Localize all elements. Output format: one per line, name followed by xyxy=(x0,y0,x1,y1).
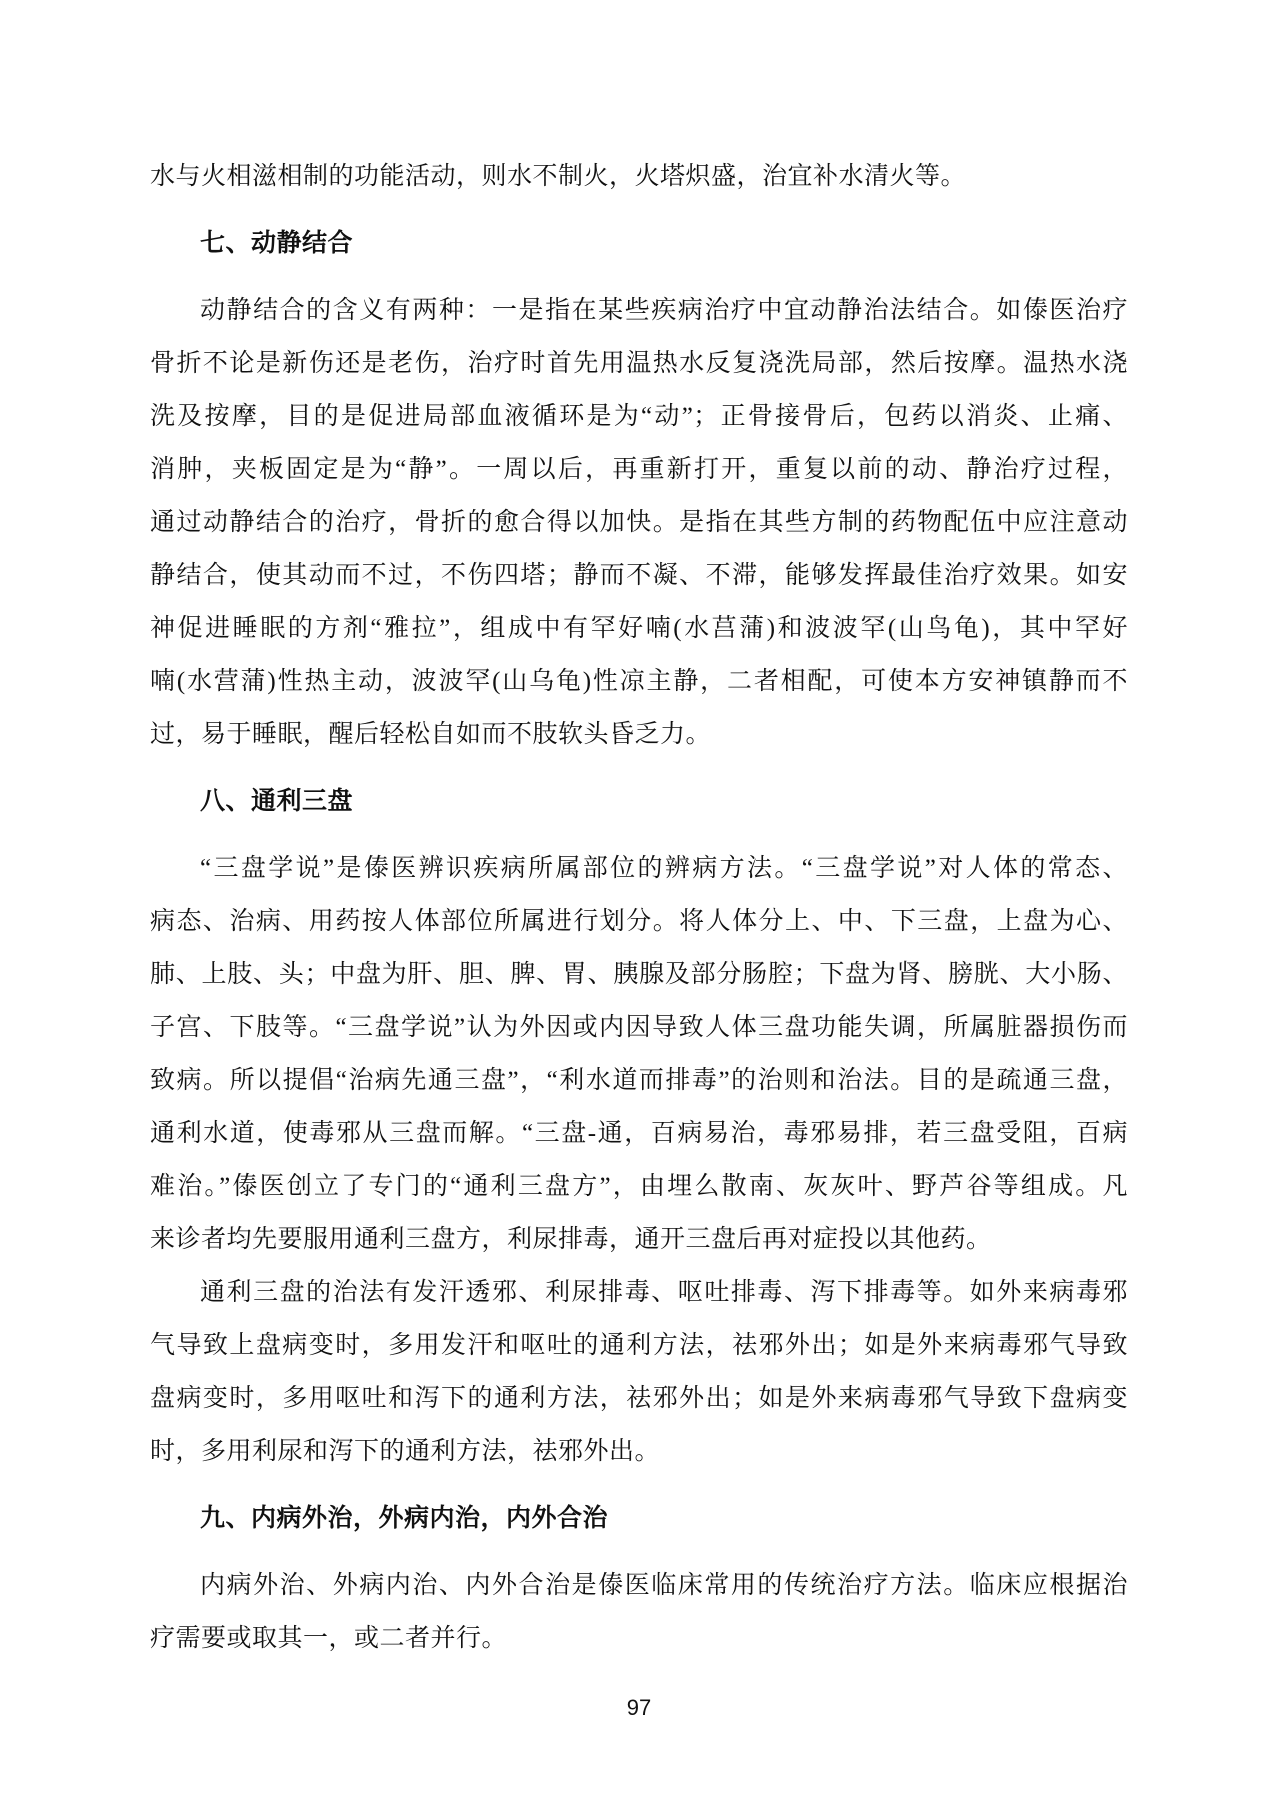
paragraph-neiwai-treatment: 内病外治、外病内治、内外合治是傣医临床常用的传统治疗方法。临床应根据治 疗需要或… xyxy=(150,1559,1128,1665)
text-line: 通过动静结合的治疗，骨折的愈合得以加快。是指在其些方制的药物配伍中应注意动 xyxy=(150,496,1128,549)
paragraph-dongjing: 动静结合的含义有两种：一是指在某些疾病治疗中宜动静治法结合。如傣医治疗 骨折不论… xyxy=(150,284,1128,761)
text-line: 消肿，夹板固定是为“静”。一周以后，再重新打开，重复以前的动、静治疗过程， xyxy=(150,443,1128,496)
text-line: 时，多用利尿和泻下的通利方法，祛邪外出。 xyxy=(150,1425,1128,1478)
text-line: 难治。”傣医创立了专门的“通利三盘方”，由埋么散南、灰灰叶、野芦谷等组成。凡 xyxy=(150,1160,1128,1213)
text-line: 来诊者均先要服用通利三盘方，利尿排毒，通开三盘后再对症投以其他药。 xyxy=(150,1213,1128,1266)
text-line: 子宫、下肢等。“三盘学说”认为外因或内因导致人体三盘功能失调，所属脏器损伤而 xyxy=(150,1001,1128,1054)
section-heading-dongjing-jiehe: 七、动静结合 xyxy=(150,217,1128,270)
section-heading-tongli-sanpan: 八、通利三盘 xyxy=(150,775,1128,828)
text-line: 通利三盘的治法有发汗透邪、利尿排毒、呕吐排毒、泻下排毒等。如外来病毒邪 xyxy=(150,1266,1128,1319)
text-line: 肺、上肢、头；中盘为肝、胆、脾、胃、胰腺及部分肠腔；下盘为肾、膀胱、大小肠、 xyxy=(150,948,1128,1001)
text-line: 喃(水营蒲)性热主动，波波罕(山乌龟)性凉主静，二者相配，可使本方安神镇静而不 xyxy=(150,655,1128,708)
paragraph-continuation-line: 水与火相滋相制的功能活动，则水不制火，火塔炽盛，治宜补水清火等。 xyxy=(150,150,1128,203)
text-line: 内病外治、外病内治、内外合治是傣医临床常用的传统治疗方法。临床应根据治 xyxy=(150,1559,1128,1612)
text-line: 通利水道，使毒邪从三盘而解。“三盘-通，百病易治，毒邪易排，若三盘受阻，百病 xyxy=(150,1107,1128,1160)
text-line: “三盘学说”是傣医辨识疾病所属部位的辨病方法。“三盘学说”对人体的常态、 xyxy=(150,842,1128,895)
document-page: 水与火相滋相制的功能活动，则水不制火，火塔炽盛，治宜补水清火等。 七、动静结合 … xyxy=(0,0,1274,1801)
text-line: 气导致上盘病变时，多用发汗和呕吐的通利方法，祛邪外出；如是外来病毒邪气导致 xyxy=(150,1319,1128,1372)
text-line: 骨折不论是新伤还是老伤，治疗时首先用温热水反复浇洗局部，然后按摩。温热水浇 xyxy=(150,337,1128,390)
text-line: 疗需要或取其一，或二者并行。 xyxy=(150,1612,1128,1665)
text-line: 过，易于睡眠，醒后轻松自如而不肢软头昏乏力。 xyxy=(150,708,1128,761)
text-line: 动静结合的含义有两种：一是指在某些疾病治疗中宜动静治法结合。如傣医治疗 xyxy=(150,284,1128,337)
text-line: 洗及按摩，目的是促进局部血液循环是为“动”；正骨接骨后，包药以消炎、止痛、 xyxy=(150,390,1128,443)
section-heading-neibing-waizhi: 九、内病外治，外病内治，内外合治 xyxy=(150,1492,1128,1545)
text-line: 病态、治病、用药按人体部位所属进行划分。将人体分上、中、下三盘，上盘为心、 xyxy=(150,895,1128,948)
paragraph-sanpan-theory: “三盘学说”是傣医辨识疾病所属部位的辨病方法。“三盘学说”对人体的常态、 病态、… xyxy=(150,842,1128,1266)
text-line: 致病。所以提倡“治病先通三盘”，“利水道而排毒”的治则和治法。目的是疏通三盘， xyxy=(150,1054,1128,1107)
text-line: 神促进睡眠的方剂“雅拉”，组成中有罕好喃(水莒蒲)和波波罕(山鸟龟)，其中罕好 xyxy=(150,602,1128,655)
paragraph-sanpan-methods: 通利三盘的治法有发汗透邪、利尿排毒、呕吐排毒、泻下排毒等。如外来病毒邪 气导致上… xyxy=(150,1266,1128,1478)
text-line: 盘病变时，多用呕吐和泻下的通利方法，祛邪外出；如是外来病毒邪气导致下盘病变 xyxy=(150,1372,1128,1425)
page-number: 97 xyxy=(150,1681,1128,1734)
text-line: 静结合，使其动而不过，不伤四塔；静而不凝、不滞，能够发挥最佳治疗效果。如安 xyxy=(150,549,1128,602)
